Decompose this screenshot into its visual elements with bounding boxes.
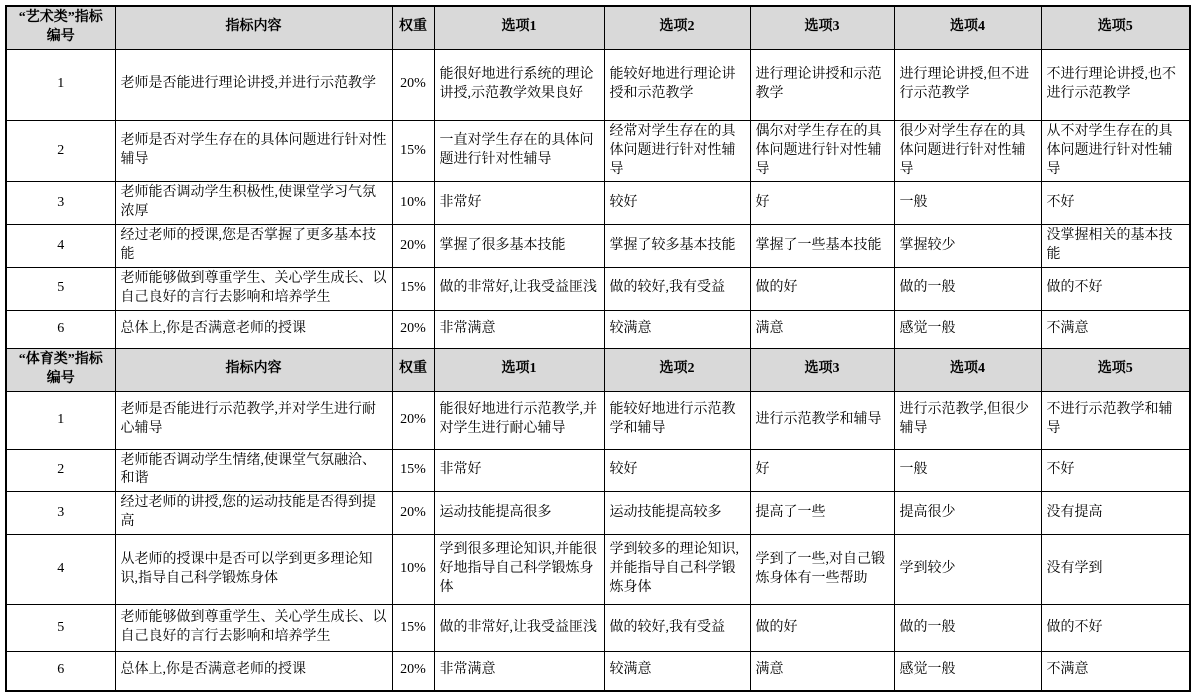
option-cell: 感觉一般 [894, 652, 1041, 691]
weight-value: 20% [392, 225, 434, 268]
indicator-content: 老师是否能进行示范教学,并对学生进行耐心辅导 [115, 391, 392, 449]
column-header: 选项5 [1041, 6, 1190, 49]
weight-value: 10% [392, 182, 434, 225]
evaluation-table-body: “艺术类”指标编号指标内容权重选项1选项2选项3选项4选项51老师是否能进行理论… [6, 6, 1190, 691]
option-cell: 学到较少 [894, 535, 1041, 605]
option-cell: 没掌握相关的基本技能 [1041, 225, 1190, 268]
section-id-header: “艺术类”指标编号 [6, 6, 115, 49]
section-header-row: “艺术类”指标编号指标内容权重选项1选项2选项3选项4选项5 [6, 6, 1190, 49]
option-cell: 较好 [604, 449, 750, 492]
column-header: 选项1 [434, 348, 604, 391]
column-header: 选项3 [750, 348, 894, 391]
option-cell: 不进行示范教学和辅导 [1041, 391, 1190, 449]
column-header: 权重 [392, 348, 434, 391]
row-number: 4 [6, 535, 115, 605]
row-number: 3 [6, 182, 115, 225]
indicator-content: 老师是否能进行理论讲授,并进行示范教学 [115, 49, 392, 120]
weight-value: 20% [392, 492, 434, 535]
column-header: 选项2 [604, 348, 750, 391]
page: “艺术类”指标编号指标内容权重选项1选项2选项3选项4选项51老师是否能进行理论… [0, 0, 1194, 631]
option-cell: 做的不好 [1041, 605, 1190, 652]
option-cell: 不好 [1041, 449, 1190, 492]
option-cell: 非常好 [434, 449, 604, 492]
indicator-content: 从老师的授课中是否可以学到更多理论知识,指导自己科学锻炼身体 [115, 535, 392, 605]
indicator-content: 老师能否调动学生积极性,使课堂学习气氛浓厚 [115, 182, 392, 225]
indicator-content: 总体上,你是否满意老师的授课 [115, 310, 392, 348]
option-cell: 做的较好,我有受益 [604, 605, 750, 652]
column-header: 指标内容 [115, 348, 392, 391]
option-cell: 做的不好 [1041, 268, 1190, 311]
option-cell: 不好 [1041, 182, 1190, 225]
indicator-content: 总体上,你是否满意老师的授课 [115, 652, 392, 691]
option-cell: 一般 [894, 449, 1041, 492]
option-cell: 非常满意 [434, 652, 604, 691]
column-header: 权重 [392, 6, 434, 49]
row-number: 3 [6, 492, 115, 535]
weight-value: 15% [392, 449, 434, 492]
column-header: 选项4 [894, 348, 1041, 391]
table-row: 3老师能否调动学生积极性,使课堂学习气氛浓厚10%非常好较好好一般不好 [6, 182, 1190, 225]
evaluation-table: “艺术类”指标编号指标内容权重选项1选项2选项3选项4选项51老师是否能进行理论… [5, 5, 1191, 692]
option-cell: 满意 [750, 310, 894, 348]
option-cell: 做的非常好,让我受益匪浅 [434, 268, 604, 311]
option-cell: 好 [750, 182, 894, 225]
row-number: 2 [6, 120, 115, 182]
row-number: 2 [6, 449, 115, 492]
option-cell: 满意 [750, 652, 894, 691]
option-cell: 较满意 [604, 652, 750, 691]
option-cell: 掌握了较多基本技能 [604, 225, 750, 268]
option-cell: 做的好 [750, 605, 894, 652]
table-row: 1老师是否能进行理论讲授,并进行示范教学20%能很好地进行系统的理论讲授,示范教… [6, 49, 1190, 120]
table-row: 2老师是否对学生存在的具体问题进行针对性辅导15%一直对学生存在的具体问题进行针… [6, 120, 1190, 182]
option-cell: 做的一般 [894, 268, 1041, 311]
row-number: 6 [6, 310, 115, 348]
option-cell: 能很好地进行示范教学,并对学生进行耐心辅导 [434, 391, 604, 449]
indicator-content: 经过老师的授课,您是否掌握了更多基本技能 [115, 225, 392, 268]
option-cell: 经常对学生存在的具体问题进行针对性辅导 [604, 120, 750, 182]
option-cell: 做的较好,我有受益 [604, 268, 750, 311]
option-cell: 运动技能提高很多 [434, 492, 604, 535]
column-header: 选项5 [1041, 348, 1190, 391]
table-row: 3经过老师的讲授,您的运动技能是否得到提高20%运动技能提高很多运动技能提高较多… [6, 492, 1190, 535]
weight-value: 20% [392, 310, 434, 348]
option-cell: 做的非常好,让我受益匪浅 [434, 605, 604, 652]
option-cell: 非常好 [434, 182, 604, 225]
option-cell: 掌握了很多基本技能 [434, 225, 604, 268]
row-number: 4 [6, 225, 115, 268]
option-cell: 偶尔对学生存在的具体问题进行针对性辅导 [750, 120, 894, 182]
row-number: 5 [6, 268, 115, 311]
option-cell: 非常满意 [434, 310, 604, 348]
weight-value: 15% [392, 120, 434, 182]
indicator-content: 老师能够做到尊重学生、关心学生成长、以自己良好的言行去影响和培养学生 [115, 605, 392, 652]
option-cell: 掌握较少 [894, 225, 1041, 268]
option-cell: 能较好地进行理论讲授和示范教学 [604, 49, 750, 120]
option-cell: 进行理论讲授,但不进行示范教学 [894, 49, 1041, 120]
option-cell: 不满意 [1041, 310, 1190, 348]
indicator-content: 老师能够做到尊重学生、关心学生成长、以自己良好的言行去影响和培养学生 [115, 268, 392, 311]
option-cell: 没有提高 [1041, 492, 1190, 535]
weight-value: 20% [392, 49, 434, 120]
row-number: 1 [6, 391, 115, 449]
option-cell: 掌握了一些基本技能 [750, 225, 894, 268]
table-row: 1老师是否能进行示范教学,并对学生进行耐心辅导20%能很好地进行示范教学,并对学… [6, 391, 1190, 449]
option-cell: 一般 [894, 182, 1041, 225]
weight-value: 15% [392, 605, 434, 652]
weight-value: 10% [392, 535, 434, 605]
option-cell: 学到较多的理论知识,并能指导自己科学锻炼身体 [604, 535, 750, 605]
option-cell: 较满意 [604, 310, 750, 348]
row-number: 5 [6, 605, 115, 652]
indicator-content: 老师能否调动学生情绪,使课堂气氛融洽、和谐 [115, 449, 392, 492]
option-cell: 从不对学生存在的具体问题进行针对性辅导 [1041, 120, 1190, 182]
option-cell: 进行理论讲授和示范教学 [750, 49, 894, 120]
option-cell: 不满意 [1041, 652, 1190, 691]
indicator-content: 经过老师的讲授,您的运动技能是否得到提高 [115, 492, 392, 535]
section-header-row: “体育类”指标编号指标内容权重选项1选项2选项3选项4选项5 [6, 348, 1190, 391]
option-cell: 很少对学生存在的具体问题进行针对性辅导 [894, 120, 1041, 182]
option-cell: 感觉一般 [894, 310, 1041, 348]
option-cell: 一直对学生存在的具体问题进行针对性辅导 [434, 120, 604, 182]
weight-value: 20% [392, 391, 434, 449]
option-cell: 运动技能提高较多 [604, 492, 750, 535]
option-cell: 进行示范教学,但很少辅导 [894, 391, 1041, 449]
option-cell: 学到很多理论知识,并能很好地指导自己科学锻炼身体 [434, 535, 604, 605]
section-id-header: “体育类”指标编号 [6, 348, 115, 391]
weight-value: 15% [392, 268, 434, 311]
option-cell: 进行示范教学和辅导 [750, 391, 894, 449]
column-header: 选项3 [750, 6, 894, 49]
table-row: 4从老师的授课中是否可以学到更多理论知识,指导自己科学锻炼身体10%学到很多理论… [6, 535, 1190, 605]
column-header: 选项1 [434, 6, 604, 49]
table-row: 5老师能够做到尊重学生、关心学生成长、以自己良好的言行去影响和培养学生15%做的… [6, 268, 1190, 311]
option-cell: 提高很少 [894, 492, 1041, 535]
column-header: 指标内容 [115, 6, 392, 49]
table-row: 6总体上,你是否满意老师的授课20%非常满意较满意满意感觉一般不满意 [6, 652, 1190, 691]
table-row: 5老师能够做到尊重学生、关心学生成长、以自己良好的言行去影响和培养学生15%做的… [6, 605, 1190, 652]
column-header: 选项2 [604, 6, 750, 49]
table-row: 4经过老师的授课,您是否掌握了更多基本技能20%掌握了很多基本技能掌握了较多基本… [6, 225, 1190, 268]
row-number: 1 [6, 49, 115, 120]
option-cell: 没有学到 [1041, 535, 1190, 605]
column-header: 选项4 [894, 6, 1041, 49]
option-cell: 做的好 [750, 268, 894, 311]
row-number: 6 [6, 652, 115, 691]
table-row: 6总体上,你是否满意老师的授课20%非常满意较满意满意感觉一般不满意 [6, 310, 1190, 348]
table-row: 2老师能否调动学生情绪,使课堂气氛融洽、和谐15%非常好较好好一般不好 [6, 449, 1190, 492]
option-cell: 较好 [604, 182, 750, 225]
option-cell: 不进行理论讲授,也不进行示范教学 [1041, 49, 1190, 120]
option-cell: 好 [750, 449, 894, 492]
option-cell: 做的一般 [894, 605, 1041, 652]
option-cell: 能较好地进行示范教学和辅导 [604, 391, 750, 449]
option-cell: 学到了一些,对自己锻炼身体有一些帮助 [750, 535, 894, 605]
option-cell: 提高了一些 [750, 492, 894, 535]
option-cell: 能很好地进行系统的理论讲授,示范教学效果良好 [434, 49, 604, 120]
weight-value: 20% [392, 652, 434, 691]
indicator-content: 老师是否对学生存在的具体问题进行针对性辅导 [115, 120, 392, 182]
